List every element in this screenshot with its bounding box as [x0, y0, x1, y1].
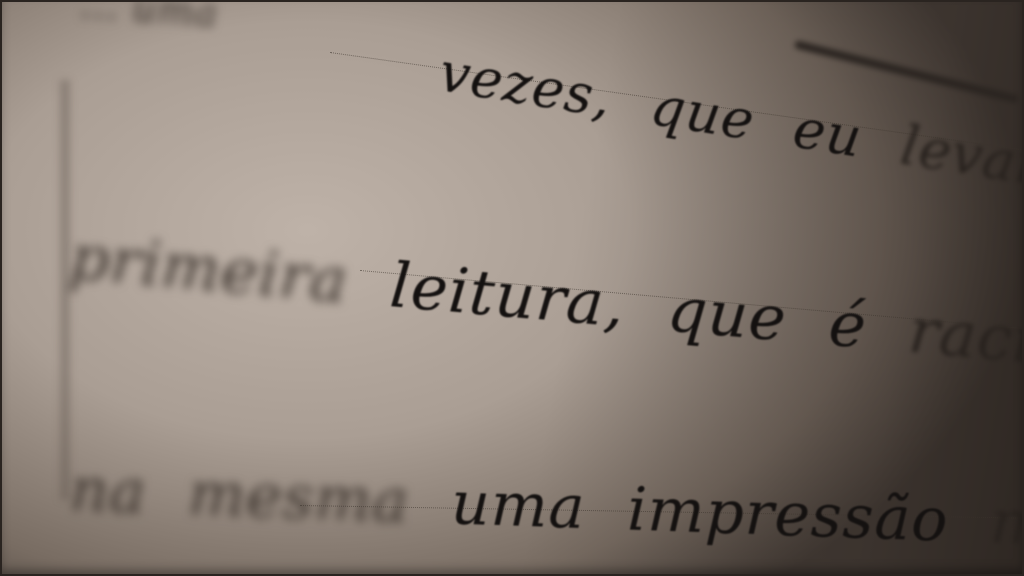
- handwriting-line-2: primeira leitura, que é raciocinador, co…: [67, 220, 1024, 424]
- word: impressão: [626, 474, 949, 555]
- word: raciocinador,: [906, 294, 1024, 404]
- ink-stroke-top-right: [794, 40, 1019, 103]
- handwriting-line-1: vezes, que eu levantei cautela: [435, 40, 1024, 253]
- word: uma: [450, 468, 587, 543]
- word: na: [69, 455, 148, 528]
- word: que: [646, 74, 759, 153]
- handwriting-top-fragment: ... uma: [78, 0, 219, 36]
- word: é: [826, 287, 870, 363]
- word: que: [665, 272, 790, 355]
- image-description: Close-up photograph of a handwritten Por…: [0, 0, 1, 1]
- word: levantei: [897, 113, 1024, 211]
- word: eu: [789, 96, 867, 169]
- word: leitura,: [387, 248, 628, 341]
- word: mesma: [187, 459, 410, 537]
- word: vezes,: [435, 40, 616, 129]
- word: melhor: [989, 487, 1024, 565]
- word: primeira: [67, 220, 351, 317]
- handwriting-line-3: na mesma uma impressão melhor no fim: [69, 455, 1024, 575]
- manuscript-photo: ... uma vezes, que eu levantei cautela p…: [0, 0, 1024, 576]
